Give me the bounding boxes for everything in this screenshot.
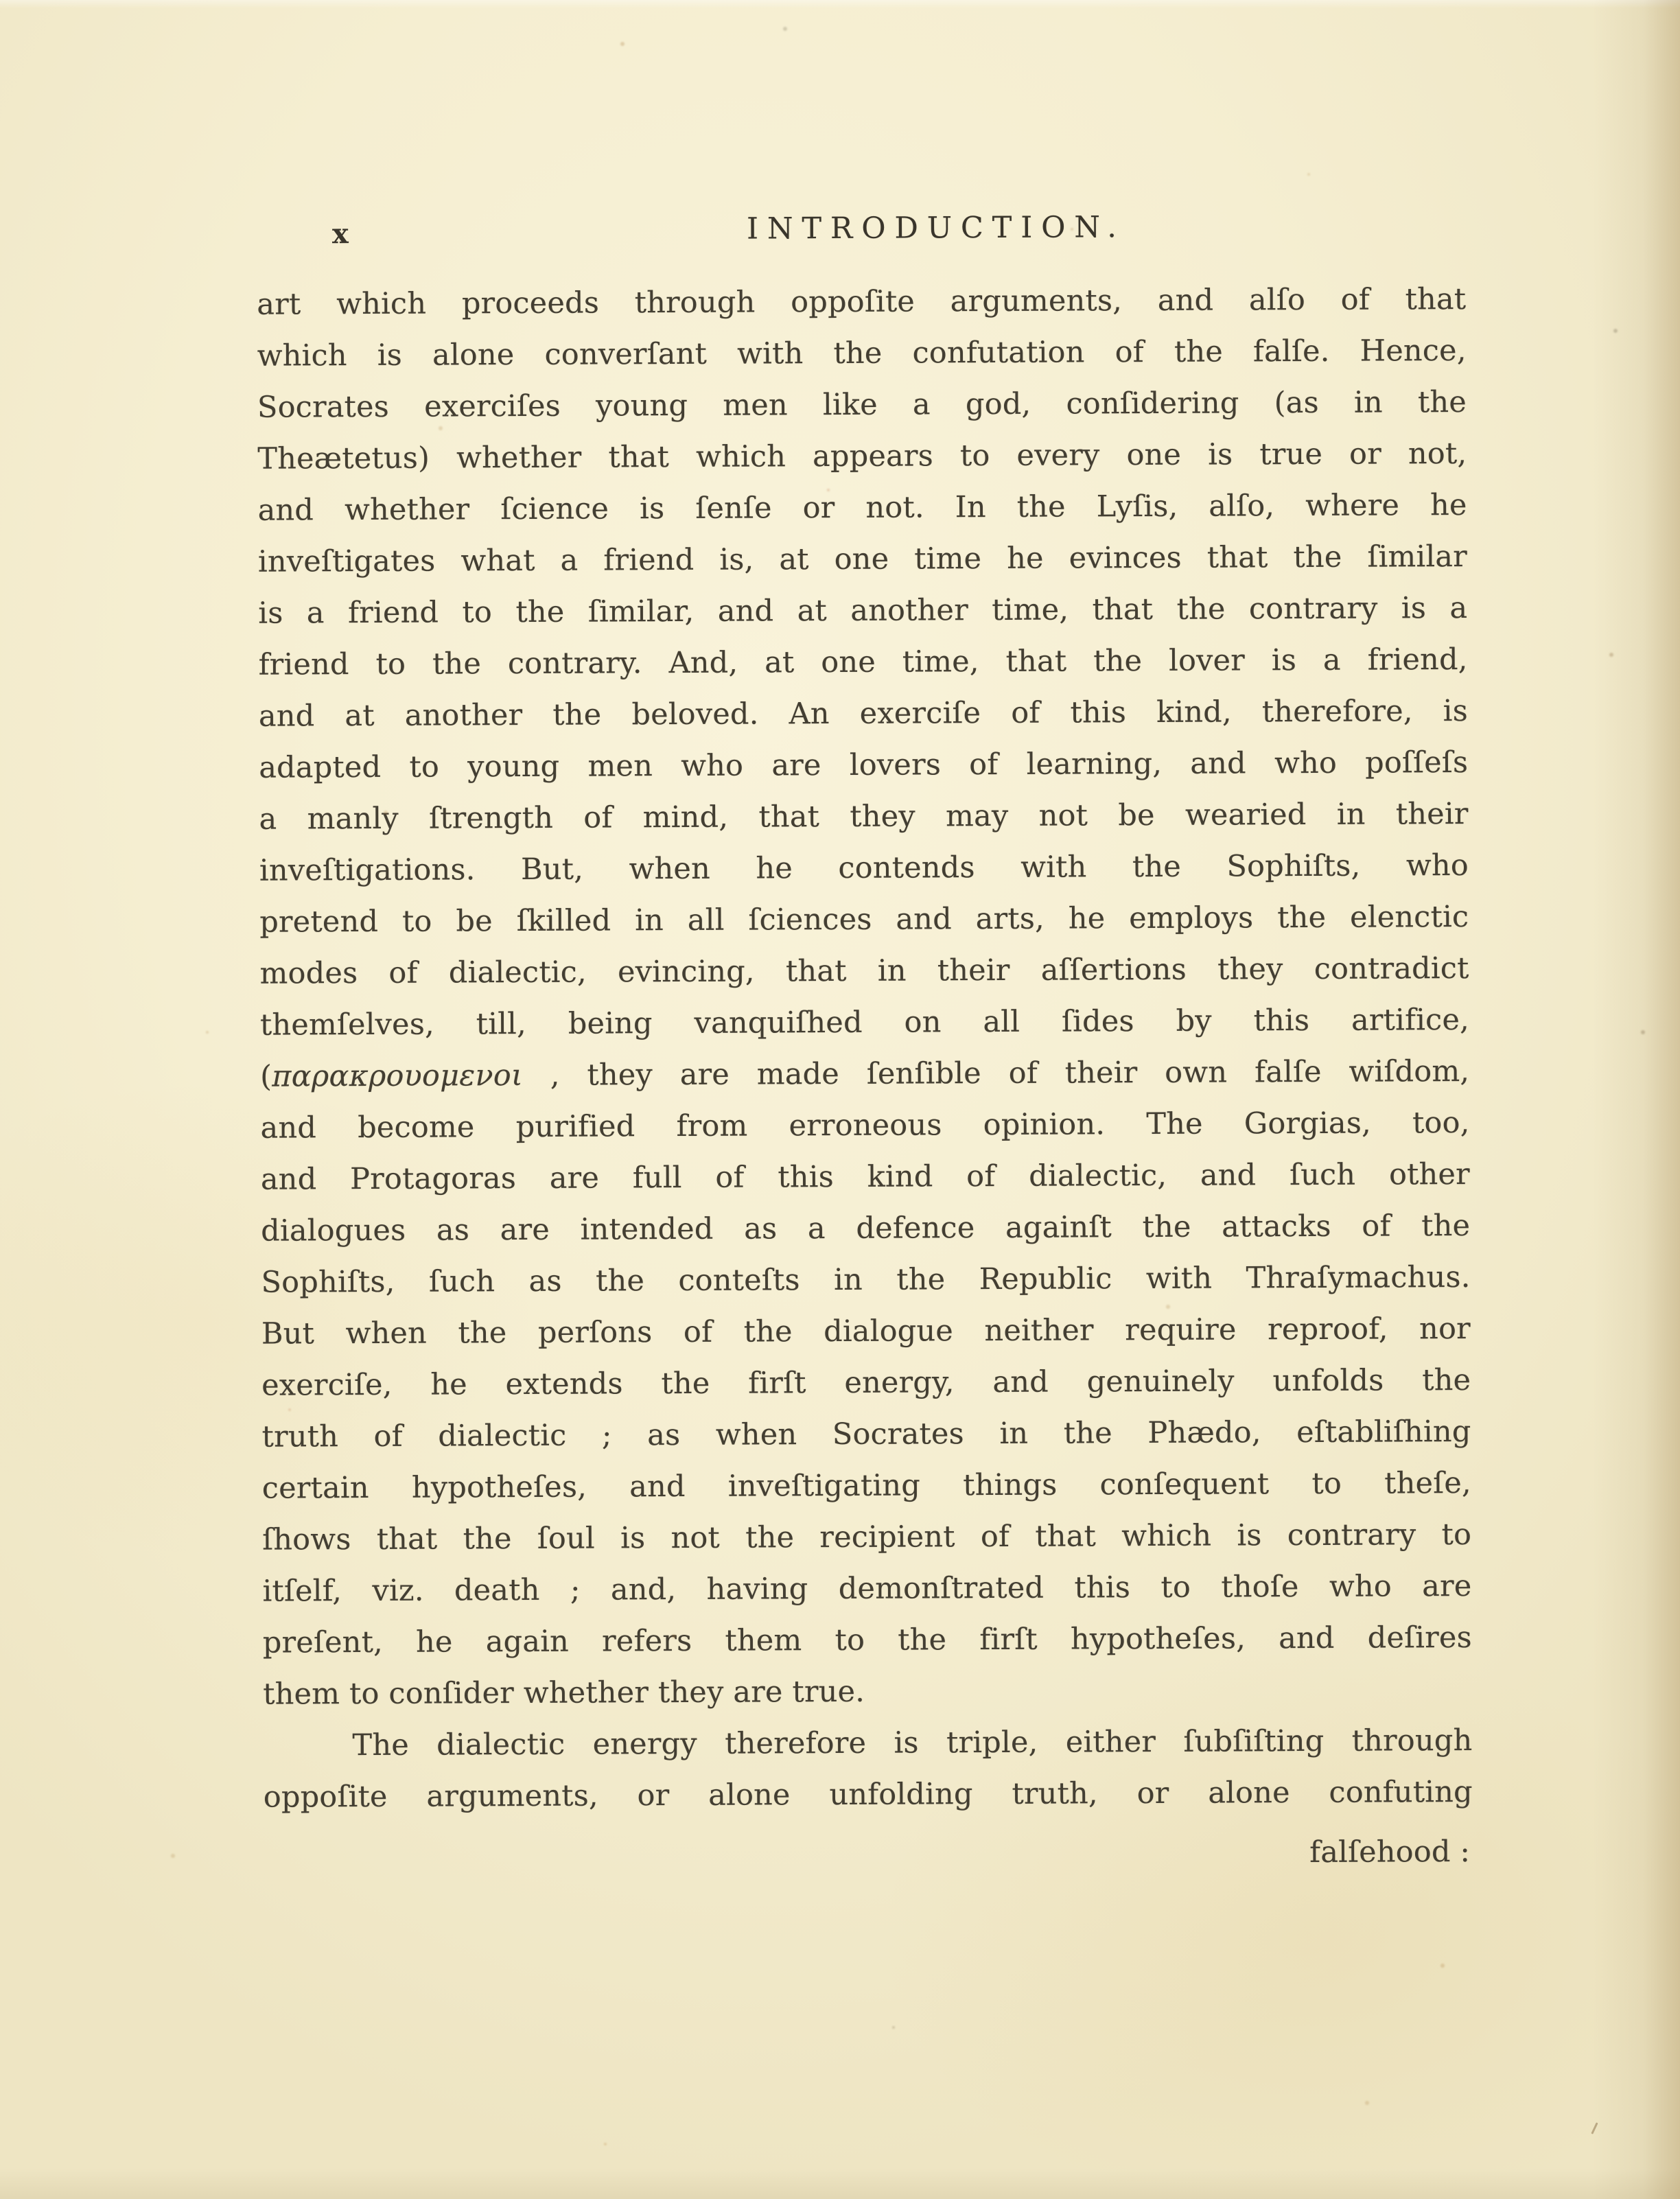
text-line: and Protagoras are full of this kind of … — [261, 1149, 1470, 1206]
text-line: them to conſider whether they are true. — [263, 1664, 1472, 1721]
text-block: art which proceeds through oppoſite argu… — [257, 274, 1473, 1883]
greek-line-rest: , they are made ſenſible of their own fa… — [523, 1054, 1470, 1093]
text-line: is a friend to the ſimilar, and at anoth… — [258, 583, 1467, 640]
greek-term: παρακρουομενοι — [272, 1058, 523, 1094]
text-line: truth of dialectic ; as when Socrates in… — [261, 1406, 1471, 1463]
text-line: dialogues as are intended as a defence a… — [261, 1200, 1470, 1257]
text-line: a manly ſtrength of mind, that they may … — [259, 789, 1468, 846]
page-number: x — [332, 220, 349, 248]
paren-open: ( — [260, 1060, 272, 1094]
text-line: preſent, he again refers them to the fir… — [263, 1612, 1472, 1669]
text-line: itſelf, viz. death ; and, having demonſt… — [262, 1561, 1471, 1618]
text-line: oppoſite arguments, or alone unfolding t… — [264, 1767, 1473, 1824]
text-line: certain hypotheſes, and inveſtigating th… — [262, 1458, 1471, 1515]
text-line: exerciſe, he extends the firſt energy, a… — [261, 1355, 1471, 1412]
paper-speckles — [0, 0, 3, 3]
text-line: art which proceeds through oppoſite argu… — [257, 274, 1466, 331]
text-line: friend to the contrary. And, at one time… — [258, 634, 1467, 691]
text-line-greek: (παρακρουομενοι , they are made ſenſible… — [260, 1046, 1469, 1103]
text-line: and become purified from erroneous opini… — [260, 1097, 1469, 1154]
text-line: modes of dialectic, evincing, that in th… — [259, 943, 1469, 1000]
text-line: ſhows that the ſoul is not the recipient… — [262, 1509, 1471, 1566]
text-line: Socrates exerciſes young men like a god,… — [257, 377, 1467, 434]
text-line: But when the perſons of the dialogue nei… — [261, 1303, 1471, 1360]
running-title: INTRODUCTION. — [742, 213, 1130, 244]
text-line: and at another the beloved. An exerciſe … — [259, 686, 1468, 743]
text-line: Sophiſts, ſuch as the conteſts in the Re… — [261, 1252, 1470, 1309]
text-line: and whether ſcience is ſenſe or not. In … — [257, 480, 1467, 537]
text-line: Theætetus) whether that which appears to… — [257, 428, 1467, 485]
text-line: inveſtigates what a friend is, at one ti… — [258, 531, 1467, 588]
text-line: themſelves, till, being vanquiſhed on al… — [260, 994, 1469, 1051]
catchword: falſehood : — [264, 1826, 1473, 1883]
text-line: pretend to be ſkilled in all ſciences an… — [259, 892, 1469, 949]
text-line: inveſtigations. But, when he contends wi… — [259, 840, 1469, 897]
text-line: which is alone converſant with the confu… — [257, 325, 1467, 382]
text-line: The dialectic energy therefore is triple… — [263, 1715, 1472, 1772]
text-line: adapted to young men who are lovers of l… — [259, 737, 1468, 794]
book-page: x INTRODUCTION. art which proceeds throu… — [0, 0, 1680, 2199]
